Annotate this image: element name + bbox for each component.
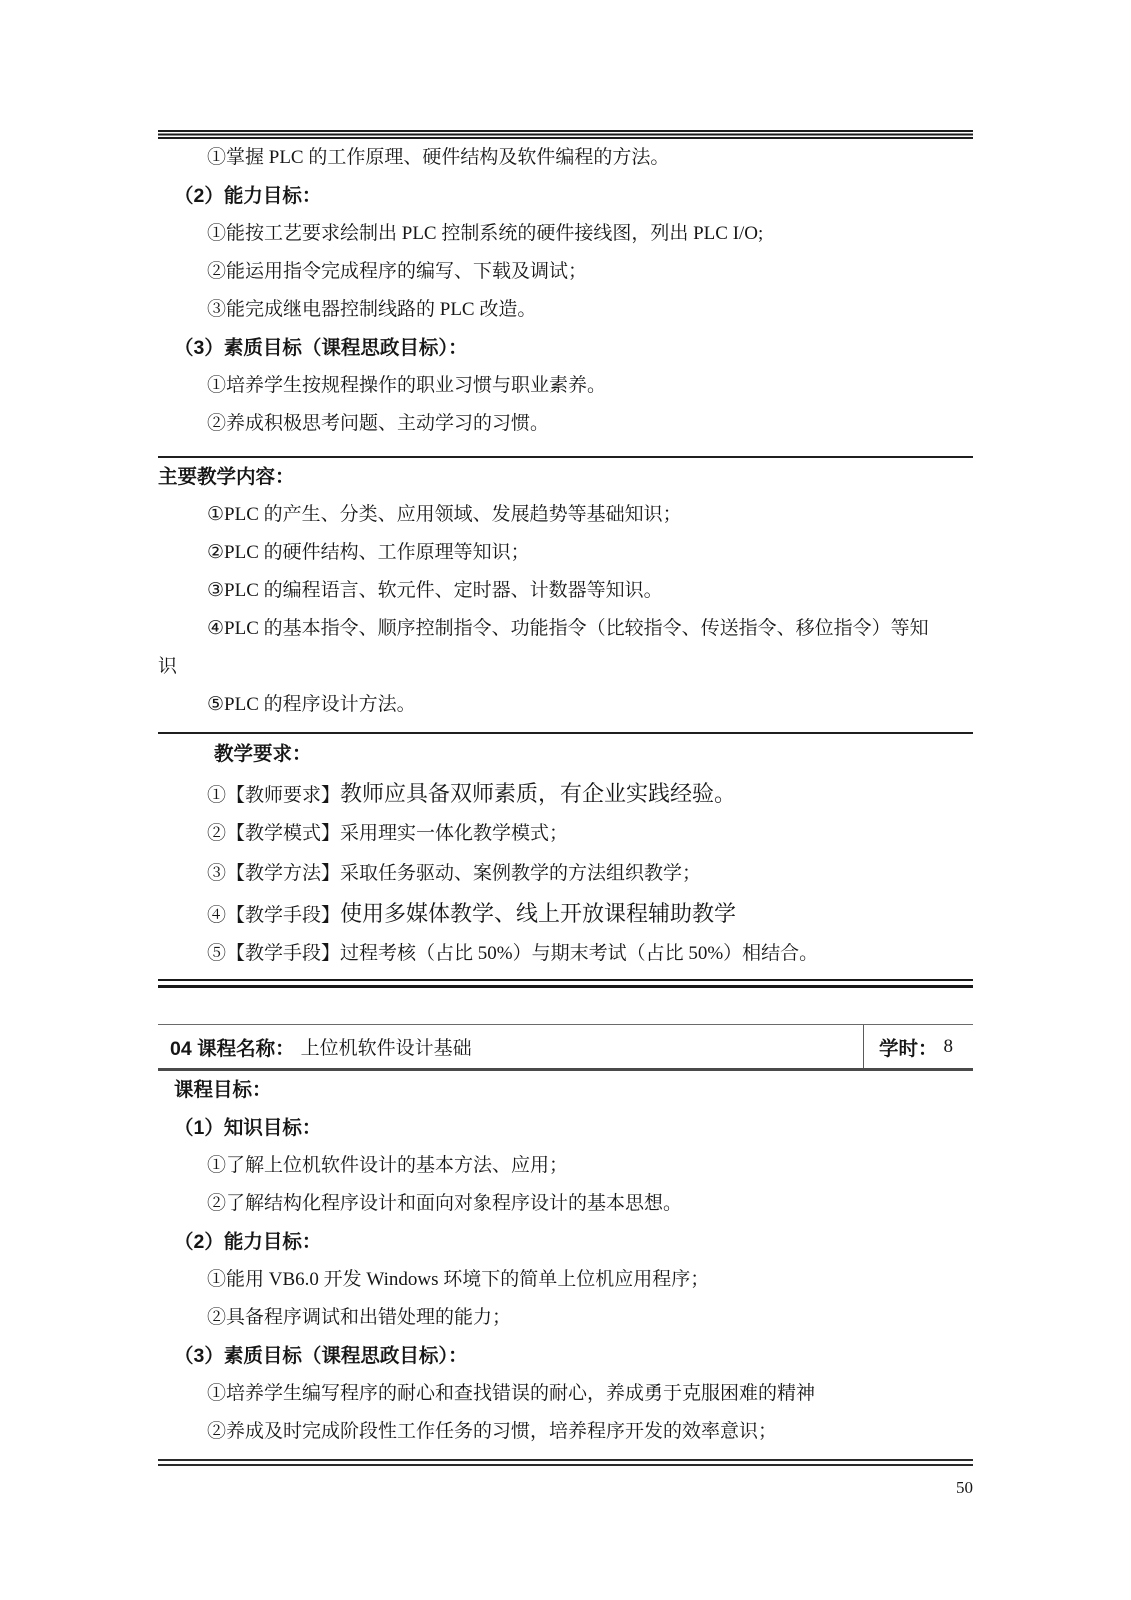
teaching-content-item: ④PLC 的基本指令、顺序控制指令、功能指令（比较指令、传送指令、移位指令）等知… bbox=[158, 610, 973, 686]
teaching-content-item: ②PLC 的硬件结构、工作原理等知识； bbox=[158, 534, 973, 572]
requirement-text: 使用多媒体教学、线上开放课程辅助教学 bbox=[340, 901, 736, 926]
teaching-content-item-line1: ④PLC 的基本指令、顺序控制指令、功能指令（比较指令、传送指令、移位指令）等知 bbox=[207, 618, 929, 639]
teaching-content-heading: 主要教学内容： bbox=[158, 458, 973, 496]
teaching-requirement-item: ②【教学模式】采用理实一体化教学模式； bbox=[158, 814, 973, 854]
requirement-tag: ④【教学手段】 bbox=[207, 905, 340, 926]
course-goals-heading: 课程目标： bbox=[158, 1071, 973, 1109]
quality-objectives-heading: （3）素质目标（课程思政目标）： bbox=[158, 329, 973, 367]
ability-objective-item: ②具备程序调试和出错处理的能力； bbox=[158, 1299, 973, 1337]
teaching-requirement-item: ③【教学方法】采取任务驱动、案例教学的方法组织教学； bbox=[158, 854, 973, 894]
teaching-content-item: ⑤PLC 的程序设计方法。 bbox=[158, 686, 973, 724]
requirement-tag: ①【教师要求】 bbox=[207, 785, 340, 806]
requirement-text: 采用理实一体化教学模式； bbox=[340, 823, 568, 844]
requirement-tag: ⑤【教学手段】 bbox=[207, 943, 340, 964]
ability-objective-item: ①能用 VB6.0 开发 Windows 环境下的简单上位机应用程序； bbox=[158, 1261, 973, 1299]
quality-objective-item: ②养成及时完成阶段性工作任务的习惯，培养程序开发的效率意识； bbox=[158, 1413, 973, 1451]
course-hours-cell: 学时： 8 bbox=[863, 1025, 973, 1068]
knowledge-objective-item: ①掌握 PLC 的工作原理、硬件结构及软件编程的方法。 bbox=[158, 139, 973, 177]
teaching-content-item-line2: 识 bbox=[158, 656, 177, 677]
teaching-requirement-item: ④【教学手段】使用多媒体教学、线上开放课程辅助教学 bbox=[158, 894, 973, 934]
teaching-content-item: ③PLC 的编程语言、软元件、定时器、计数器等知识。 bbox=[158, 572, 973, 610]
page-table-bottom-border bbox=[158, 1459, 973, 1466]
course-header-row: 04 课程名称： 上位机软件设计基础 学时： 8 bbox=[158, 1024, 973, 1071]
course-name-value: 上位机软件设计基础 bbox=[301, 1033, 472, 1060]
teaching-content-item: ①PLC 的产生、分类、应用领域、发展趋势等基础知识； bbox=[158, 496, 973, 534]
quality-objectives-heading: （3）素质目标（课程思政目标）： bbox=[158, 1337, 973, 1375]
quality-objective-item: ①培养学生按规程操作的职业习惯与职业素养。 bbox=[158, 367, 973, 405]
requirement-tag: ③【教学方法】 bbox=[207, 863, 340, 884]
knowledge-objectives-heading: （1）知识目标： bbox=[158, 1109, 973, 1147]
course-name-label: 04 课程名称： bbox=[170, 1033, 295, 1061]
ability-objective-item: ③能完成继电器控制线路的 PLC 改造。 bbox=[158, 291, 973, 329]
requirement-text: 教师应具备双师素质，有企业实践经验。 bbox=[340, 781, 736, 806]
table-bottom-border bbox=[158, 979, 973, 988]
quality-objective-item: ①培养学生编写程序的耐心和查找错误的耐心，养成勇于克服困难的精神 bbox=[158, 1375, 973, 1413]
requirement-tag: ②【教学模式】 bbox=[207, 823, 340, 844]
teaching-requirement-item: ①【教师要求】教师应具备双师素质，有企业实践经验。 bbox=[158, 774, 973, 814]
ability-objectives-heading: （2）能力目标： bbox=[158, 177, 973, 215]
ability-objective-item: ②能运用指令完成程序的编写、下载及调试； bbox=[158, 253, 973, 291]
document-content: ①掌握 PLC 的工作原理、硬件结构及软件编程的方法。 （2）能力目标： ①能按… bbox=[158, 0, 973, 1466]
course-hours-label: 学时： bbox=[879, 1033, 938, 1061]
ability-objectives-heading: （2）能力目标： bbox=[158, 1223, 973, 1261]
knowledge-objective-item: ②了解结构化程序设计和面向对象程序设计的基本思想。 bbox=[158, 1185, 973, 1223]
quality-objective-item: ②养成积极思考问题、主动学习的习惯。 bbox=[158, 405, 973, 443]
teaching-requirements-heading: 教学要求： bbox=[158, 734, 973, 774]
document-page: ①掌握 PLC 的工作原理、硬件结构及软件编程的方法。 （2）能力目标： ①能按… bbox=[0, 0, 1131, 1600]
ability-objective-item: ①能按工艺要求绘制出 PLC 控制系统的硬件接线图，列出 PLC I/O; bbox=[158, 215, 973, 253]
course-hours-value: 8 bbox=[944, 1036, 954, 1058]
teaching-requirement-item: ⑤【教学手段】过程考核（占比 50%）与期末考试（占比 50%）相结合。 bbox=[158, 934, 973, 974]
table-top-border bbox=[158, 130, 973, 139]
knowledge-objective-item: ①了解上位机软件设计的基本方法、应用； bbox=[158, 1147, 973, 1185]
requirement-text: 过程考核（占比 50%）与期末考试（占比 50%）相结合。 bbox=[340, 943, 818, 964]
course-name-cell: 04 课程名称： 上位机软件设计基础 bbox=[158, 1025, 863, 1068]
requirement-text: 采取任务驱动、案例教学的方法组织教学； bbox=[340, 863, 701, 884]
page-number: 50 bbox=[956, 1478, 973, 1498]
